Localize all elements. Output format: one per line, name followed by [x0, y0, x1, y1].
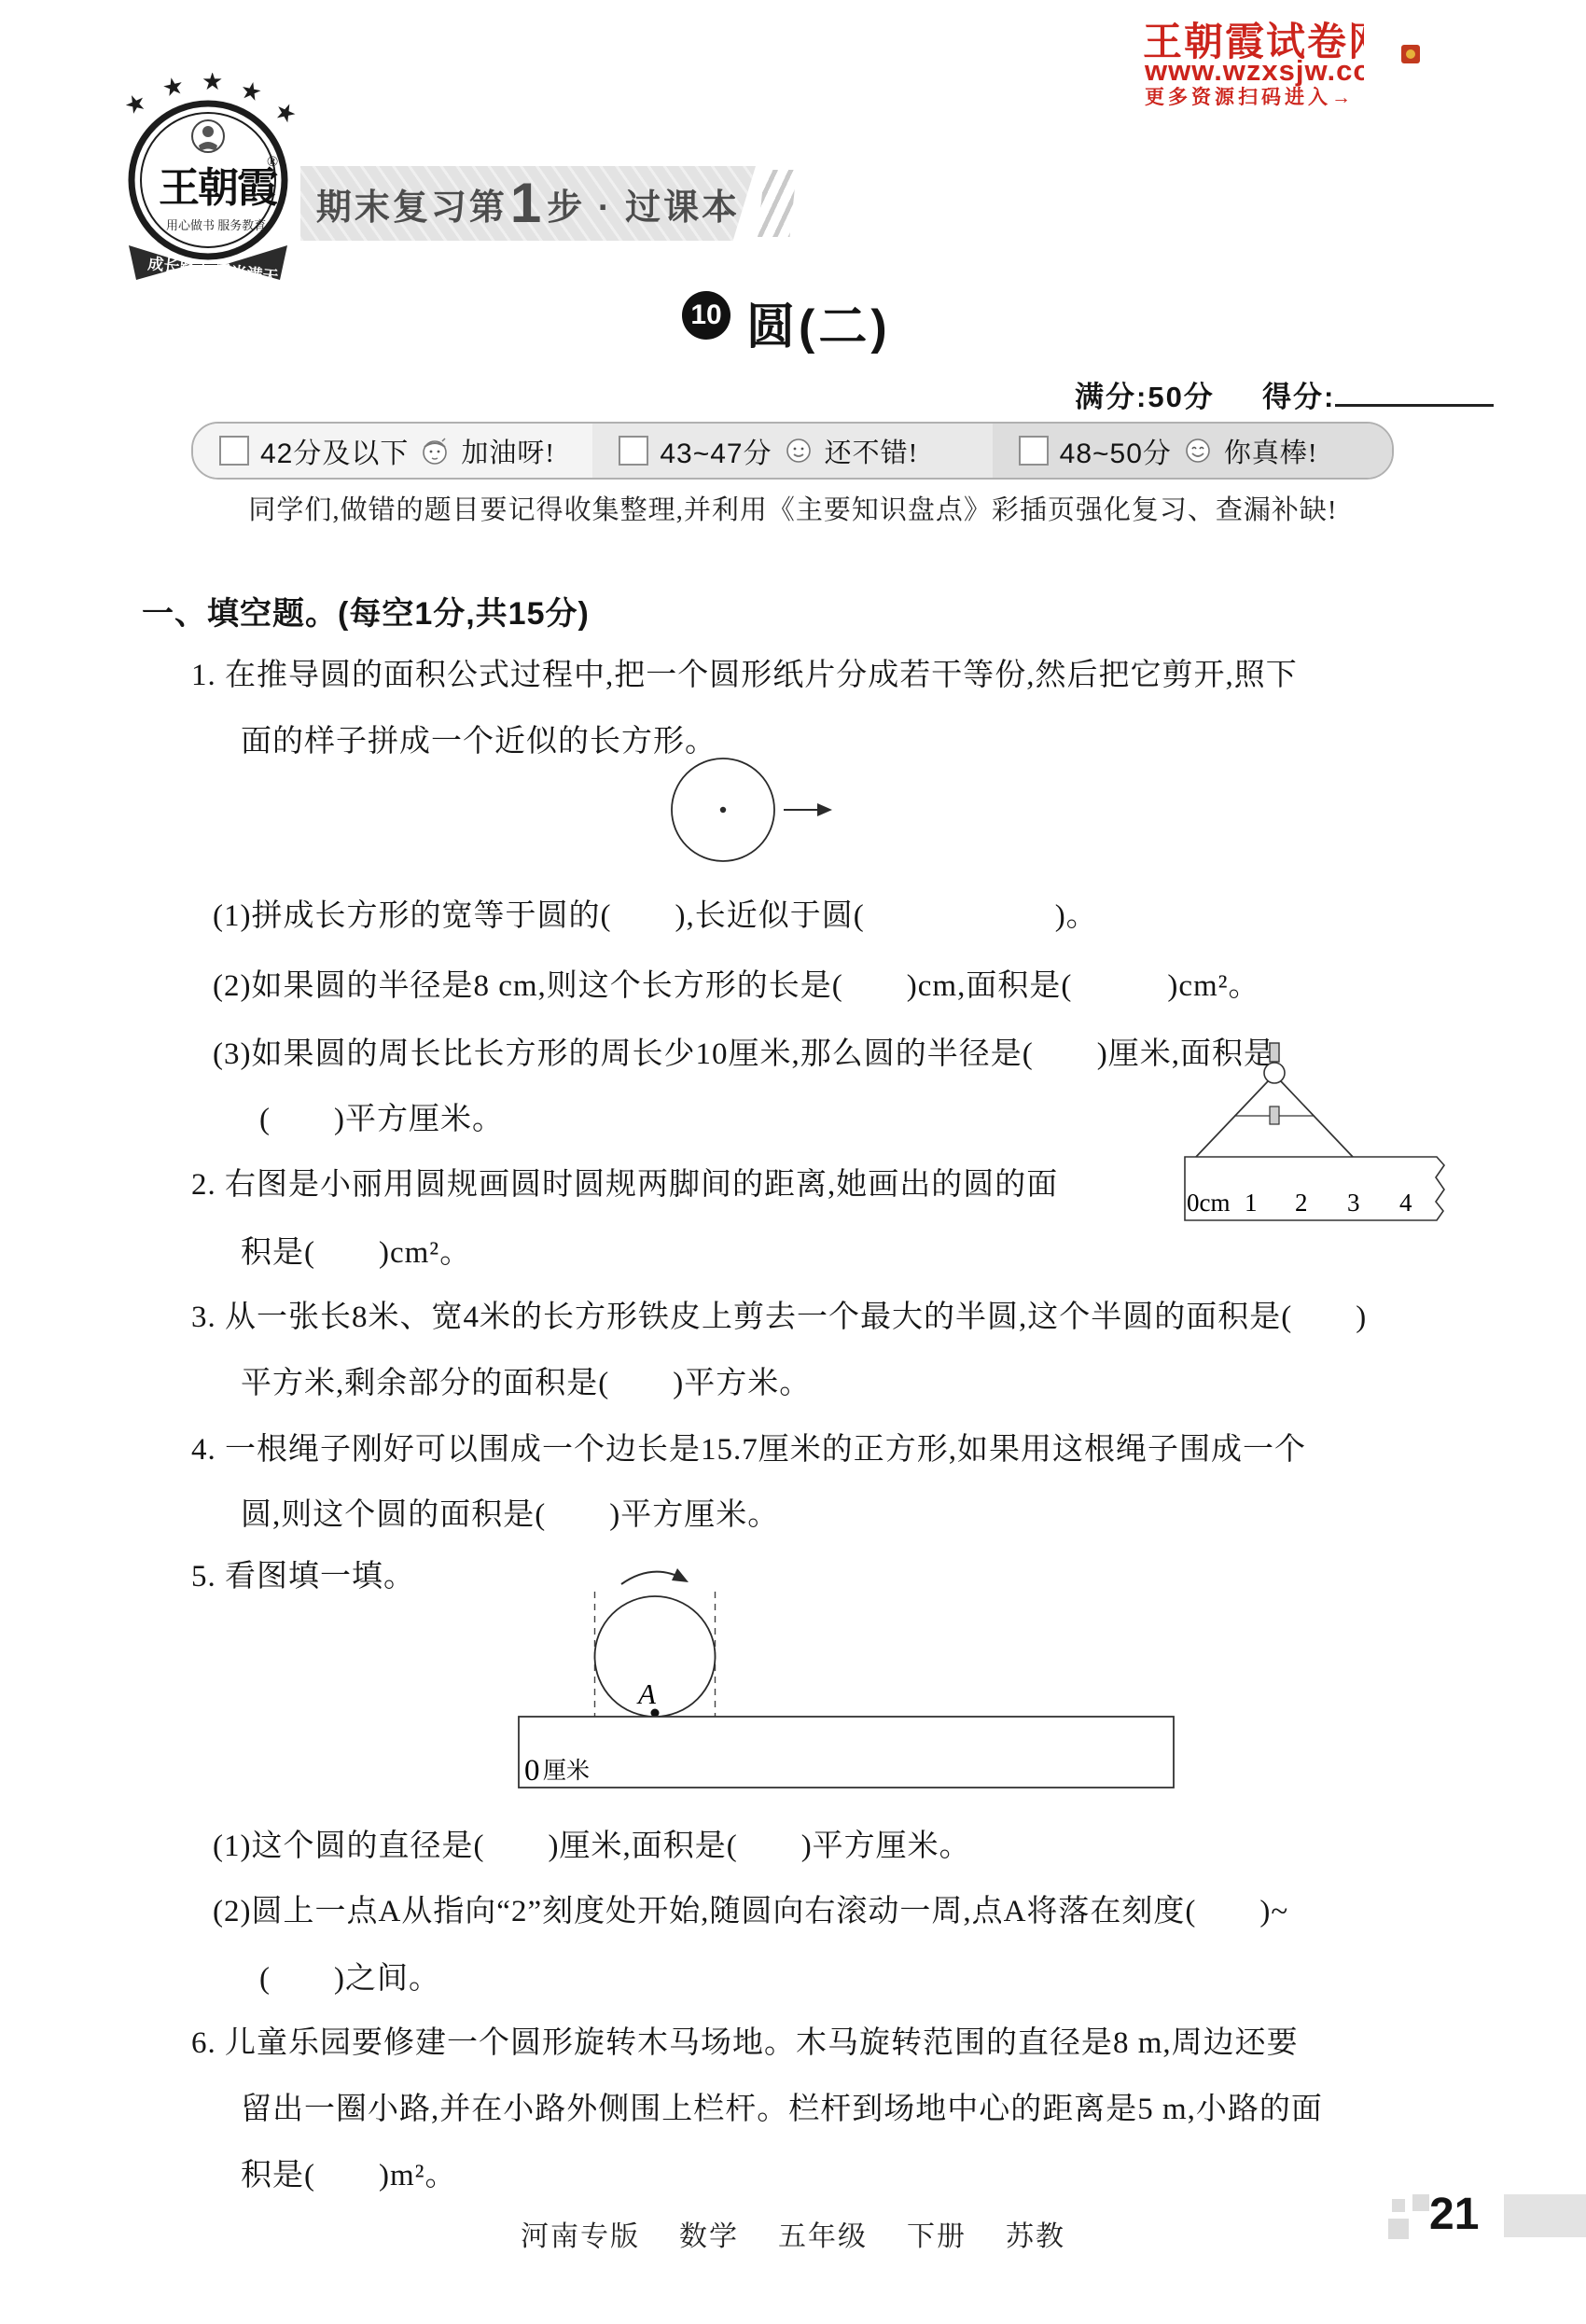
earned-score-label: 得分:: [1262, 381, 1335, 413]
roll-arrow-head-icon: [672, 1568, 689, 1582]
notice-text: 同学们,做错的题目要记得收集整理,并利用《主要知识盘点》彩插页强化复习、查漏补缺…: [0, 489, 1586, 527]
footer-subject: 数学: [679, 2213, 739, 2254]
section-heading: 一、填空题。(每空1分,共15分): [142, 588, 590, 633]
banner-suffix: 步 · 过课本: [547, 178, 740, 230]
logo-reg: ®: [267, 154, 278, 170]
banner-step-number: 1: [508, 175, 547, 231]
score-praise-high: 你真棒!: [1224, 432, 1318, 470]
point-a-label: A: [636, 1677, 657, 1710]
circle-sectors-diagram: [644, 752, 1008, 870]
score-range-mid: 43~47分: [660, 430, 772, 471]
compass-leg-right: [1281, 1081, 1353, 1157]
q1-sub3-line2: ( )平方厘米。: [259, 1094, 504, 1138]
q6-line2: 留出一圈小路,并在小路外侧围上栏杆。栏杆到场地中心的距离是5 m,小路的面: [241, 2084, 1323, 2128]
header-banner: 期末复习第 1 步 · 过课本: [300, 166, 756, 241]
rolling-circle-ruler-diagram: A 0 厘米: [511, 1556, 1192, 1794]
page-number-bar: [1504, 2194, 1586, 2237]
ruler2-tick-4: 4: [1399, 1189, 1412, 1217]
q4-line2: 圆,则这个圆的面积是( )平方厘米。: [241, 1490, 779, 1534]
q5-sub2-line2: ( )之间。: [259, 1954, 440, 1997]
q5-sub1: (1)这个圆的直径是( )厘米,面积是( )平方厘米。: [213, 1821, 971, 1865]
score-segment-high: 48~50分 你真棒!: [993, 424, 1392, 478]
score-checkbox-high[interactable]: [1019, 436, 1049, 466]
q2-line2: 积是( )cm²。: [241, 1228, 471, 1272]
compass-head: [1264, 1063, 1285, 1083]
score-range-bar: 42分及以下 加油呀! 43~47分 还不错! 48~50分: [191, 422, 1394, 480]
logo-text: 王朝霞: [159, 165, 278, 211]
svg-text:★: ★: [120, 88, 151, 121]
score-line: 满分:50分 得分:: [1075, 373, 1494, 415]
score-praise-mid: 还不错!: [825, 432, 919, 470]
score-segment-low: 42分及以下 加油呀!: [193, 424, 592, 478]
footer-grade: 五年级: [778, 2213, 868, 2254]
smiley-happy-icon: [1183, 436, 1213, 466]
ruler5-zero: 0: [524, 1754, 540, 1788]
ruler5-unit: 厘米: [543, 1758, 590, 1784]
compass-ruler-diagram: 0cm 1 2 3 4: [1177, 1037, 1457, 1229]
page-title: 圆(二): [746, 287, 891, 357]
q1-sub1: (1)拼成长方形的宽等于圆的( ),长近似于圆( )。: [213, 891, 1098, 935]
qr-code: [1364, 7, 1457, 101]
q3-line1: 3. 从一张长8米、宽4米的长方形铁皮上剪去一个最大的半圆,这个半圆的面积是( …: [191, 1292, 1367, 1336]
q6-line3: 积是( )m²。: [241, 2150, 457, 2194]
footer-edition-info: 河南专版 数学 五年级 下册 苏教: [233, 2213, 1353, 2254]
ruler2-tick-3: 3: [1347, 1189, 1360, 1217]
score-range-low: 42分及以下: [260, 430, 409, 471]
svg-text:★: ★: [160, 73, 187, 103]
q1-sub2: (2)如果圆的半径是8 cm,则这个长方形的长是( )cm,面积是( )cm²。: [213, 961, 1260, 1005]
earned-score-blank: [1335, 376, 1494, 407]
footer-volume: 下册: [907, 2213, 967, 2254]
svg-text:★: ★: [271, 96, 301, 130]
q6-line1: 6. 儿童乐园要修建一个圆形旋转木马场地。木马旋转范围的直径是8 m,周边还要: [191, 2018, 1299, 2062]
lesson-number-badge: 10: [682, 291, 730, 340]
score-praise-low: 加油呀!: [461, 432, 555, 470]
ruler2-zero-label: 0cm: [1187, 1189, 1231, 1217]
ruler2-tick-1: 1: [1245, 1189, 1258, 1217]
svg-text:★: ★: [238, 77, 265, 107]
logo-slogan: 用心做书 服务教育: [166, 218, 266, 232]
full-score-label: 满分:50分: [1075, 381, 1215, 413]
score-checkbox-mid[interactable]: [619, 436, 648, 466]
page-number: 21: [1429, 2189, 1479, 2240]
worksheet-page: 王朝霞试卷网 www.wzxsjw.com 更多资源扫码进入→ ★ ★ ★ ★ …: [0, 0, 1586, 2324]
smiley-smile-icon: [784, 436, 814, 466]
footer-publisher: 苏教: [1006, 2213, 1065, 2254]
banner-slash-decoration: [758, 170, 797, 237]
page-deco-square: [1388, 2219, 1409, 2239]
q1-sub3-line1: (3)如果圆的周长比长方形的周长少10厘米,那么圆的半径是( )厘米,面积是: [213, 1029, 1275, 1073]
page-deco-square: [1412, 2194, 1429, 2211]
score-checkbox-low[interactable]: [219, 436, 249, 466]
q1-line1: 1. 在推导圆的面积公式过程中,把一个圆形纸片分成若干等份,然后把它剪开,照下: [191, 650, 1298, 694]
smiley-sweat-icon: [420, 436, 450, 466]
footer-region: 河南专版: [521, 2213, 640, 2254]
svg-text:★: ★: [202, 73, 223, 95]
q5-intro: 5. 看图填一填。: [191, 1552, 415, 1595]
q5-sub2-line1: (2)圆上一点A从指向“2”刻度处开始,随圆向右滚动一周,点A将落在刻度( )~: [213, 1886, 1288, 1930]
score-range-high: 48~50分: [1060, 430, 1172, 471]
banner-prefix: 期末复习第: [316, 178, 508, 230]
q4-line1: 4. 一根绳子刚好可以围成一个边长是15.7厘米的正方形,如果用这根绳子围成一个: [191, 1425, 1306, 1468]
page-deco-square: [1392, 2199, 1405, 2212]
compass-handle: [1270, 1043, 1279, 1062]
score-segment-mid: 43~47分 还不错!: [592, 424, 992, 478]
arrow-head-icon: [817, 803, 832, 816]
q3-line2: 平方米,剩余部分的面积是( )平方米。: [241, 1358, 811, 1402]
ruler2-tick-2: 2: [1295, 1189, 1308, 1217]
q2-line1: 2. 右图是小丽用圆规画圆时圆规两脚间的距离,她画出的圆的面: [191, 1160, 1058, 1204]
compass-leg-left: [1196, 1081, 1268, 1157]
brand-qr-hint: 更多资源扫码进入→: [1145, 82, 1355, 110]
